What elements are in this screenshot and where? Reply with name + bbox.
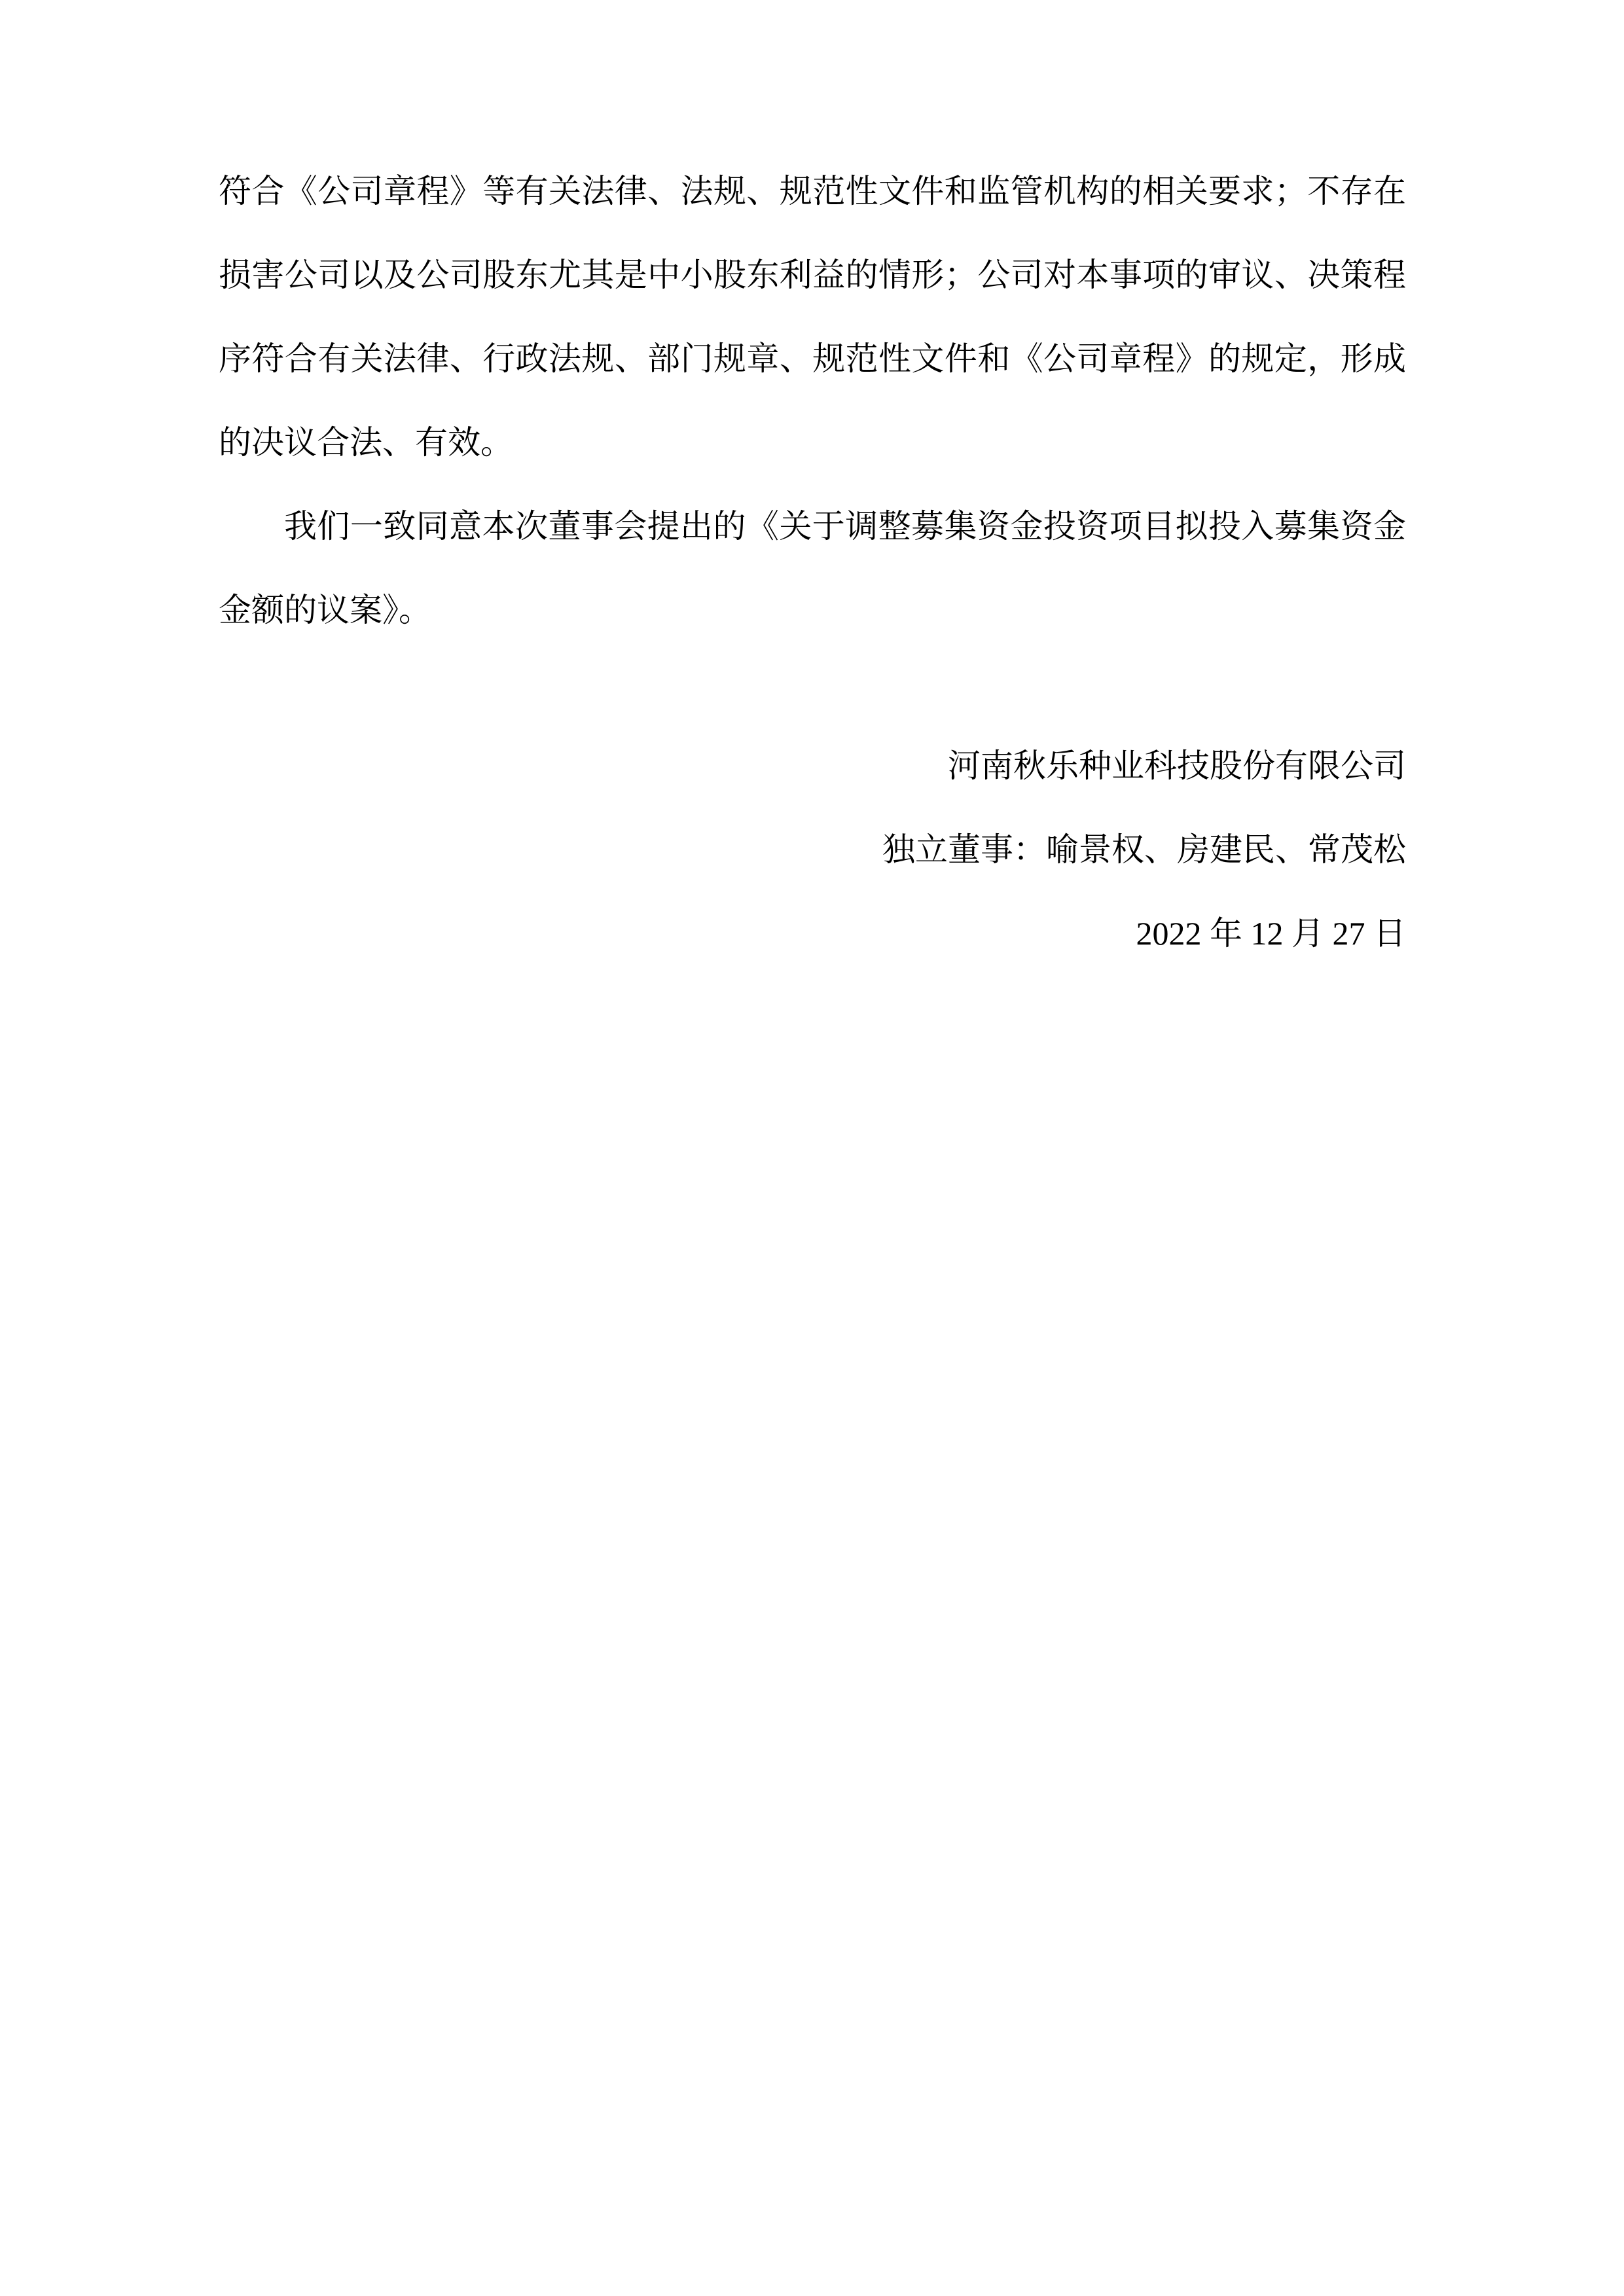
para1-line4: 的决议合法、有效。	[219, 401, 1406, 484]
para2-line1: 我们一致同意本次董事会提出的《关于调整募集资金投资项目拟投入募集资金	[219, 484, 1406, 568]
document-body: 符合《公司章程》等有关法律、法规、规范性文件和监管机构的相关要求；不存在 损害公…	[219, 149, 1406, 975]
signature-independent-directors: 独立董事：喻景权、房建民、常茂松	[219, 808, 1406, 891]
signature-block: 河南秋乐种业科技股份有限公司 独立董事：喻景权、房建民、常茂松 2022 年 1…	[219, 724, 1406, 975]
signature-date: 2022 年 12 月 27 日	[219, 891, 1406, 975]
para1-line2: 损害公司以及公司股东尤其是中小股东利益的情形；公司对本事项的审议、决策程	[219, 233, 1406, 317]
para2-line2: 金额的议案》。	[219, 568, 1406, 652]
paragraph-agreement: 我们一致同意本次董事会提出的《关于调整募集资金投资项目拟投入募集资金 金额的议案…	[219, 484, 1406, 652]
para1-line3: 序符合有关法律、行政法规、部门规章、规范性文件和《公司章程》的规定，形成	[219, 317, 1406, 401]
paragraph-opinion: 符合《公司章程》等有关法律、法规、规范性文件和监管机构的相关要求；不存在 损害公…	[219, 149, 1406, 484]
para1-line1: 符合《公司章程》等有关法律、法规、规范性文件和监管机构的相关要求；不存在	[219, 149, 1406, 233]
signature-company-name: 河南秋乐种业科技股份有限公司	[219, 724, 1406, 808]
document-page: 符合《公司章程》等有关法律、法规、规范性文件和监管机构的相关要求；不存在 损害公…	[0, 0, 1624, 2296]
